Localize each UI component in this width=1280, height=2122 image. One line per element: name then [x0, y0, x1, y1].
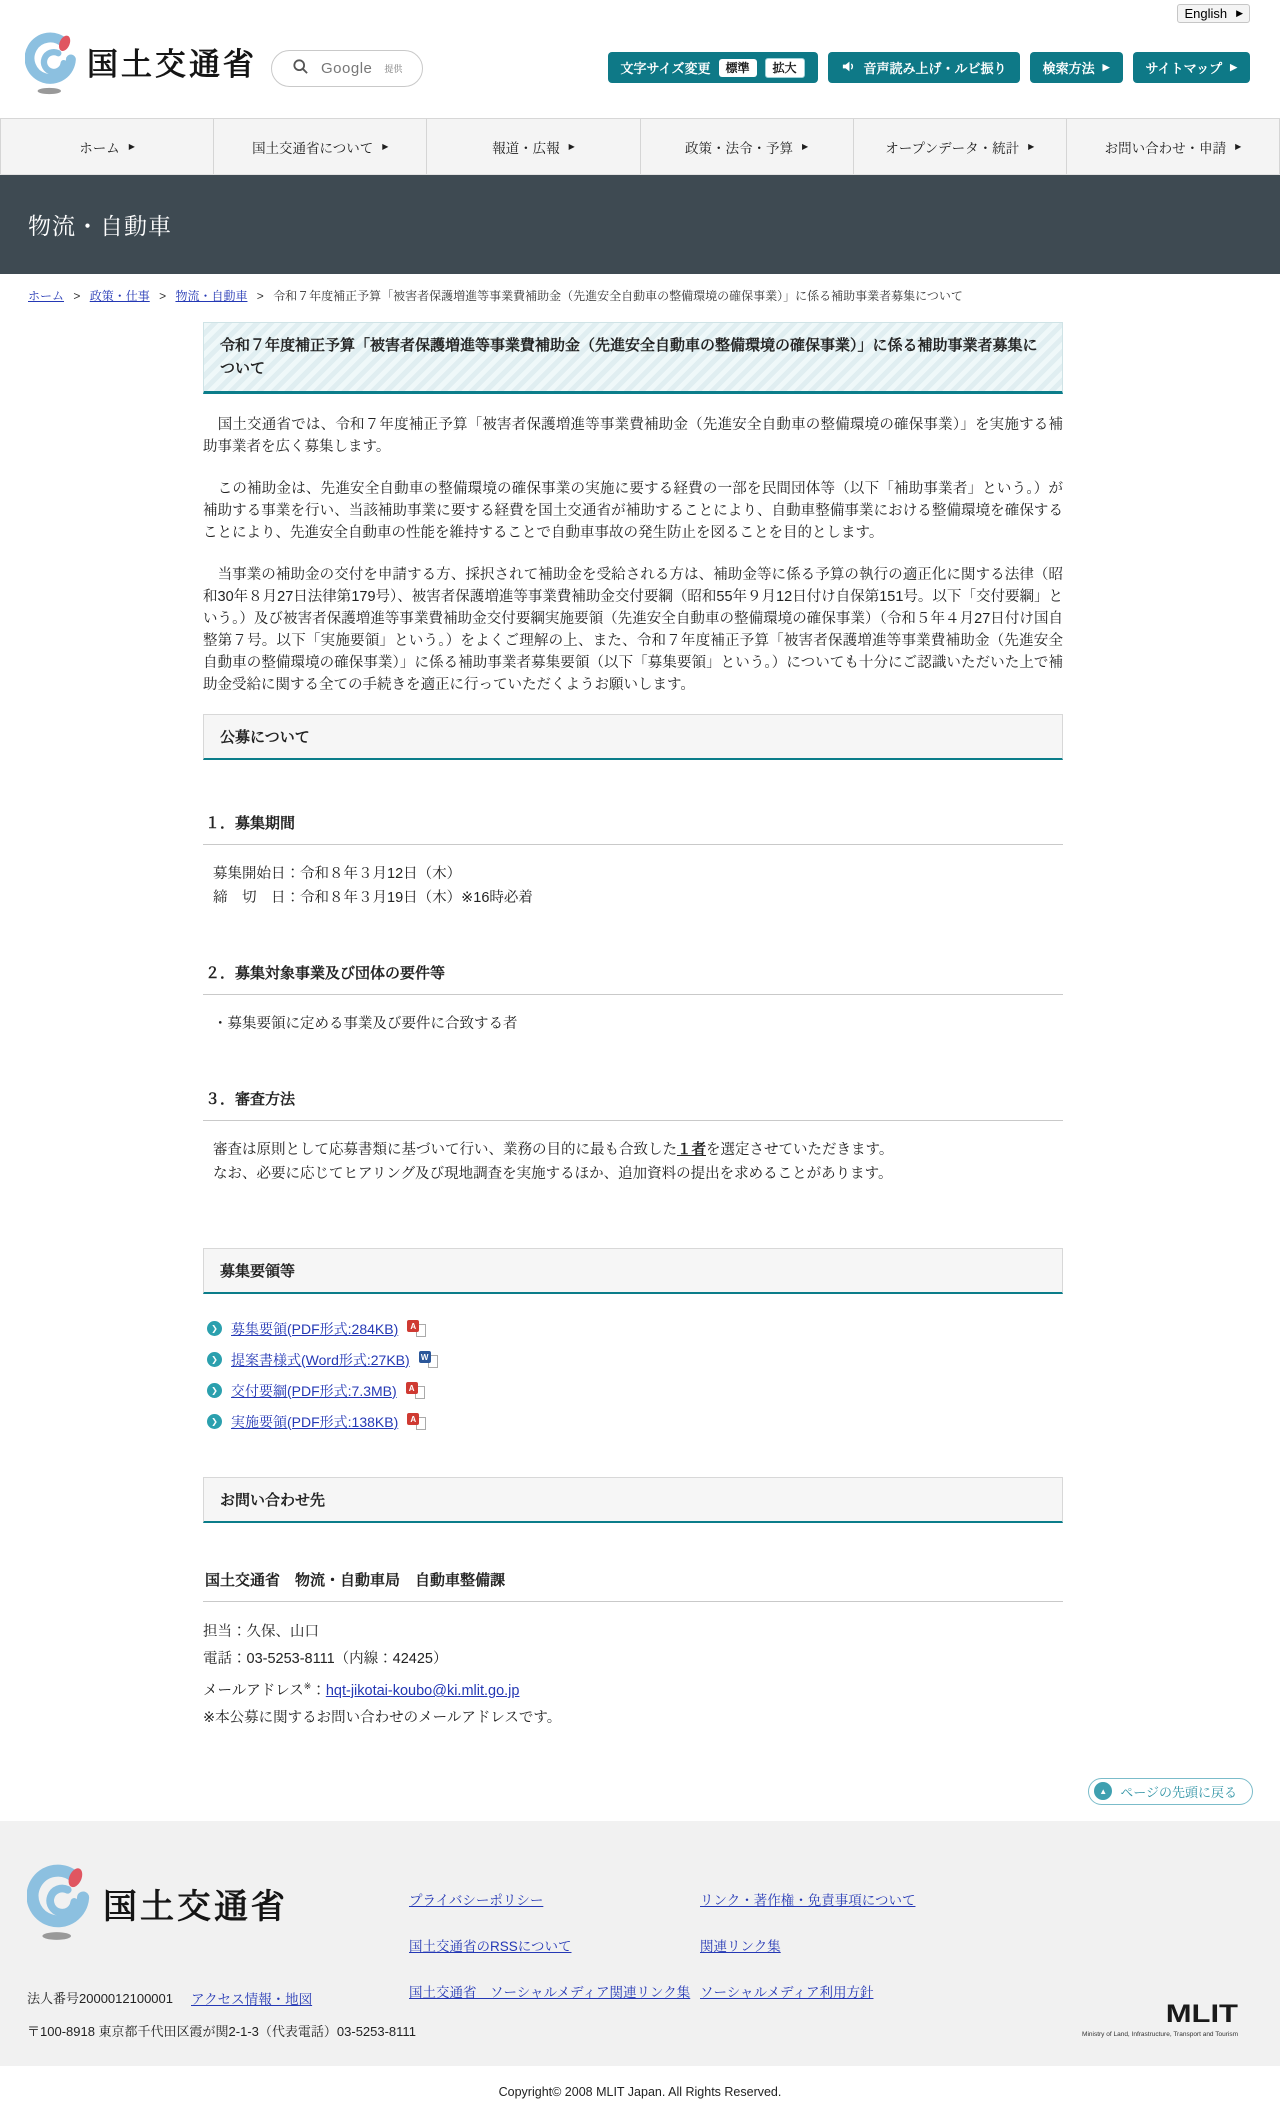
contact-mail-label: メールアドレス	[203, 1683, 304, 1699]
audio-reading-label: 音声読み上げ・ルビ振り	[864, 58, 1007, 77]
download-item: ❯ 提案書様式(Word形式:27KB) W	[207, 1344, 1063, 1375]
nav-label: オープンデータ・統計	[885, 137, 1019, 157]
header-top: English ▶	[0, 0, 1280, 23]
footer-link-social-links[interactable]: 国土交通省 ソーシャルメディア関連リンク集	[409, 1981, 654, 2001]
contact-staff: 担当：久保、山口	[203, 1619, 1063, 1646]
nav-item-opendata[interactable]: オープンデータ・統計 ▶	[853, 119, 1066, 174]
paragraph-intro: 国土交通省では、令和７年度補正予算「被害者保護増進等事業費補助金（先進安全自動車…	[203, 414, 1063, 458]
header-buttons: 文字サイズ変更 標準 拡大 音声読み上げ・ルビ振り 検索方法 ▶ サイトマップ …	[608, 52, 1250, 83]
nav-label: 政策・法令・予算	[685, 137, 793, 157]
search-box[interactable]: Google 提供	[271, 50, 423, 87]
footer-logo-text: 国土交通省	[103, 1879, 288, 1928]
paragraph-rules: 当事業の補助金の交付を申請する方、採択されて補助金を受給される方は、補助金等に係…	[203, 564, 1063, 696]
font-size-large-button[interactable]: 拡大	[765, 58, 805, 78]
download-link-bosyuyoryo[interactable]: 募集要領(PDF形式:284KB)	[231, 1319, 398, 1339]
footer-logo: 国土交通省	[27, 1863, 409, 1948]
mlit-wordmark: MLIT Ministry of Land, Infrastructure, T…	[1082, 1998, 1238, 2038]
recruit-deadline: 締 切 日：令和８年３月19日（木）※16時必着	[213, 886, 1063, 910]
global-nav: ホーム ▶ 国土交通省について ▶ 報道・広報 ▶ 政策・法令・予算 ▶ オープ…	[0, 118, 1280, 175]
footer-link-copyright-policy[interactable]: リンク・著作権・免責事項について	[700, 1889, 945, 1909]
contact-note: ※本公募に関するお問い合わせのメールアドレスです。	[203, 1705, 1063, 1732]
breadcrumb-link-home[interactable]: ホーム	[28, 289, 64, 303]
breadcrumb-separator: >	[257, 289, 264, 303]
back-to-top-button[interactable]: ▲ ページの先頭に戻る	[1088, 1778, 1253, 1805]
speaker-icon	[841, 59, 856, 77]
search-method-button[interactable]: 検索方法 ▶	[1030, 52, 1123, 83]
search-method-label: 検索方法	[1043, 58, 1095, 77]
contact-mail-line: メールアドレス※：hqt-jikotai-koubo@ki.mlit.go.jp	[203, 1673, 1063, 1705]
nav-label: お問い合わせ・申請	[1105, 137, 1227, 157]
chevron-right-icon: ▶	[1230, 62, 1237, 73]
section-box-koubo: 公募について	[203, 714, 1063, 760]
download-item: ❯ 募集要領(PDF形式:284KB) A	[207, 1313, 1063, 1344]
chevron-right-icon: ▶	[1028, 142, 1034, 151]
footer-link-social-policy[interactable]: ソーシャルメディア利用方針	[700, 1981, 945, 2001]
footer-link-privacy[interactable]: プライバシーポリシー	[409, 1889, 654, 1909]
nav-item-policy[interactable]: 政策・法令・予算 ▶	[640, 119, 853, 174]
chevron-right-icon: ▶	[1103, 62, 1110, 73]
nav-item-home[interactable]: ホーム ▶	[0, 119, 213, 174]
review-line-2: なお、必要に応じてヒアリング及び現地調査を実施するほか、追加資料の提出を求めるこ…	[213, 1162, 1063, 1186]
chevron-right-icon: ▶	[382, 142, 388, 151]
circle-arrow-icon: ❯	[207, 1414, 222, 1429]
review-emphasis: １者	[677, 1142, 706, 1158]
breadcrumb-separator: >	[159, 289, 166, 303]
download-link-teiansho[interactable]: 提案書様式(Word形式:27KB)	[231, 1350, 410, 1370]
access-info-link[interactable]: アクセス情報・地図	[191, 1988, 312, 2008]
site-footer: 国土交通省 法人番号2000012100001 アクセス情報・地図 〒100-8…	[0, 1821, 1280, 2066]
section-1-body: 募集開始日：令和８年３月12日（木） 締 切 日：令和８年３月19日（木）※16…	[203, 862, 1063, 910]
section-heading-1: １．募集期間	[203, 812, 1063, 845]
english-button[interactable]: English ▶	[1177, 4, 1250, 23]
section-2-body: ・募集要領に定める事業及び要件に合致する者	[203, 1012, 1063, 1036]
review-text: 審査は原則として応募書類に基づいて行い、業務の目的に最も合致した	[213, 1142, 677, 1158]
english-label: English	[1184, 6, 1227, 21]
article: 令和７年度補正予算「被害者保護増進等事業費補助金（先進安全自動車の整備環境の確保…	[203, 314, 1063, 1732]
review-line-1: 審査は原則として応募書類に基づいて行い、業務の目的に最も合致した１者を選定させて…	[213, 1138, 1063, 1162]
back-to-top-label: ページの先頭に戻る	[1120, 1782, 1237, 1801]
audio-reading-button[interactable]: 音声読み上げ・ルビ振り	[828, 52, 1020, 83]
back-to-top-row: ▲ ページの先頭に戻る	[27, 1778, 1253, 1815]
mlit-wordmark-caption: Ministry of Land, Infrastructure, Transp…	[1082, 2031, 1238, 2038]
page-title: 令和７年度補正予算「被害者保護増進等事業費補助金（先進安全自動車の整備環境の確保…	[203, 322, 1063, 394]
site-header: 国土交通省 Google 提供 文字サイズ変更 標準 拡大 音声読み上げ・ルビ振…	[0, 23, 1280, 118]
category-title: 物流・自動車	[28, 208, 172, 241]
chevron-right-icon: ▶	[569, 142, 575, 151]
chevron-right-icon: ▶	[802, 142, 808, 151]
circle-arrow-icon: ❯	[207, 1352, 222, 1367]
review-text: を選定させていただきます。	[706, 1142, 893, 1158]
pdf-icon: A	[406, 1382, 425, 1399]
breadcrumb-link-policy[interactable]: 政策・仕事	[90, 289, 150, 303]
font-size-control: 文字サイズ変更 標準 拡大	[608, 52, 818, 83]
circle-arrow-icon: ❯	[207, 1383, 222, 1398]
chevron-right-icon: ▶	[129, 142, 135, 151]
search-provider: Google	[321, 60, 372, 77]
up-arrow-icon: ▲	[1094, 1782, 1112, 1800]
footer-link-related[interactable]: 関連リンク集	[700, 1935, 945, 1955]
search-provided-label: 提供	[384, 62, 402, 75]
word-icon: W	[419, 1351, 438, 1368]
mlit-logo-icon	[25, 31, 79, 102]
nav-label: 国土交通省について	[252, 137, 373, 157]
nav-item-press[interactable]: 報道・広報 ▶	[426, 119, 639, 174]
nav-item-about[interactable]: 国土交通省について ▶	[213, 119, 426, 174]
footer-links: プライバシーポリシー 国土交通省のRSSについて 国土交通省 ソーシャルメディア…	[409, 1863, 945, 2040]
sitemap-label: サイトマップ	[1146, 58, 1223, 77]
pdf-icon: A	[407, 1320, 426, 1337]
download-link-kofuyoko[interactable]: 交付要綱(PDF形式:7.3MB)	[231, 1381, 397, 1401]
download-item: ❯ 実施要領(PDF形式:138KB) A	[207, 1406, 1063, 1437]
contact-mail-colon: ：	[311, 1683, 326, 1699]
download-list: ❯ 募集要領(PDF形式:284KB) A ❯ 提案書様式(Word形式:27K…	[203, 1313, 1063, 1437]
mlit-logo[interactable]: 国土交通省	[25, 31, 257, 102]
eligibility-line: ・募集要領に定める事業及び要件に合致する者	[213, 1012, 1063, 1036]
footer-address: 〒100-8918 東京都千代田区霞が関2-1-3（代表電話）03-5253-8…	[27, 2021, 409, 2040]
contact-department: 国土交通省 物流・自動車局 自動車整備課	[203, 1569, 1063, 1602]
download-item: ❯ 交付要綱(PDF形式:7.3MB) A	[207, 1375, 1063, 1406]
search-icon	[292, 58, 309, 80]
site-logo-text: 国土交通省	[87, 39, 257, 84]
footer-link-rss[interactable]: 国土交通省のRSSについて	[409, 1935, 654, 1955]
breadcrumb-separator: >	[73, 289, 80, 303]
chevron-right-icon: ▶	[1236, 8, 1243, 19]
footer-left: 国土交通省 法人番号2000012100001 アクセス情報・地図 〒100-8…	[27, 1863, 409, 2040]
breadcrumb-current: 令和７年度補正予算「被害者保護増進等事業費補助金（先進安全自動車の整備環境の確保…	[273, 289, 963, 303]
category-band: 物流・自動車	[0, 175, 1280, 274]
section-3-body: 審査は原則として応募書類に基づいて行い、業務の目的に最も合致した１者を選定させて…	[203, 1138, 1063, 1186]
paragraph-purpose: この補助金は、先進安全自動車の整備環境の確保事業の実施に要する経費の一部を民間団…	[203, 478, 1063, 544]
breadcrumb: ホーム > 政策・仕事 > 物流・自動車 > 令和７年度補正予算「被害者保護増進…	[0, 274, 1280, 314]
chevron-right-icon: ▶	[1235, 142, 1241, 151]
nav-item-contact[interactable]: お問い合わせ・申請 ▶	[1066, 119, 1280, 174]
section-heading-2: ２．募集対象事業及び団体の要件等	[203, 962, 1063, 995]
recruit-start-date: 募集開始日：令和８年３月12日（木）	[213, 862, 1063, 886]
pdf-icon: A	[407, 1413, 426, 1430]
contact-info: 担当：久保、山口 電話：03-5253-8111（内線：42425） メールアド…	[203, 1619, 1063, 1732]
download-link-jisshiyoryo[interactable]: 実施要領(PDF形式:138KB)	[231, 1412, 398, 1432]
copyright-text: Copyright© 2008 MLIT Japan. All Rights R…	[0, 2066, 1280, 2122]
nav-label: 報道・広報	[492, 137, 560, 157]
font-size-label: 文字サイズ変更	[621, 58, 711, 77]
nav-label: ホーム	[79, 137, 120, 157]
circle-arrow-icon: ❯	[207, 1321, 222, 1336]
section-box-youryou: 募集要領等	[203, 1248, 1063, 1294]
contact-mail-link[interactable]: hqt-jikotai-koubo@ki.mlit.go.jp	[326, 1683, 520, 1699]
sitemap-button[interactable]: サイトマップ ▶	[1133, 52, 1251, 83]
corporate-number: 法人番号2000012100001	[27, 1988, 173, 2007]
mlit-wordmark-text: MLIT	[1082, 2001, 1238, 2026]
section-box-contact: お問い合わせ先	[203, 1477, 1063, 1523]
breadcrumb-link-logistics[interactable]: 物流・自動車	[175, 289, 247, 303]
mlit-logo-icon	[27, 1863, 93, 1948]
font-size-standard-button[interactable]: 標準	[719, 59, 757, 77]
section-heading-3: ３．審査方法	[203, 1088, 1063, 1121]
contact-tel: 電話：03-5253-8111（内線：42425）	[203, 1646, 1063, 1673]
